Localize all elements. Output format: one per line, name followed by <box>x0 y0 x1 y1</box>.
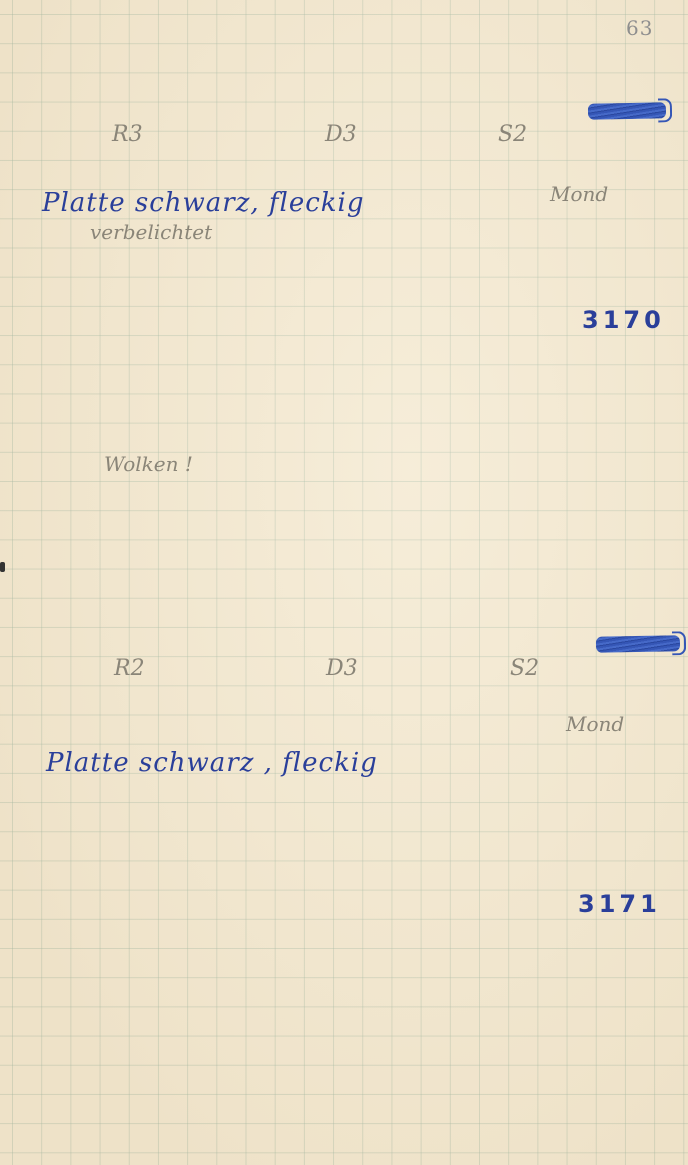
notebook-page: 63 R3 D3 S2 Mond Platte schwarz, fleckig… <box>0 0 688 1165</box>
entry-1-label-r: R3 <box>112 122 143 147</box>
entry-2-description: Platte schwarz , fleckig <box>46 748 378 778</box>
entry-1-label-d: D3 <box>325 122 357 147</box>
entry-1-subnote: verbelichtet <box>90 220 212 244</box>
entry-2-label-s: S2 <box>510 656 539 681</box>
scribbled-out-mark-1 <box>588 102 666 119</box>
entry-1-label-s: S2 <box>498 122 527 147</box>
margin-mark <box>0 562 5 572</box>
page-number: 63 <box>626 16 653 40</box>
entry-2-label-d: D3 <box>326 656 358 681</box>
entry-1-description: Platte schwarz, fleckig <box>42 188 365 218</box>
entry-1-extra-note: Wolken ! <box>104 452 193 476</box>
entry-2-side-note: Mond <box>566 712 624 736</box>
entry-1-side-note: Mond <box>550 182 608 206</box>
entry-1-plate-number: 3170 <box>582 306 665 334</box>
scribbled-out-mark-2 <box>596 635 680 652</box>
entry-2-plate-number: 3171 <box>578 890 661 918</box>
entry-2-label-r: R2 <box>114 656 145 681</box>
